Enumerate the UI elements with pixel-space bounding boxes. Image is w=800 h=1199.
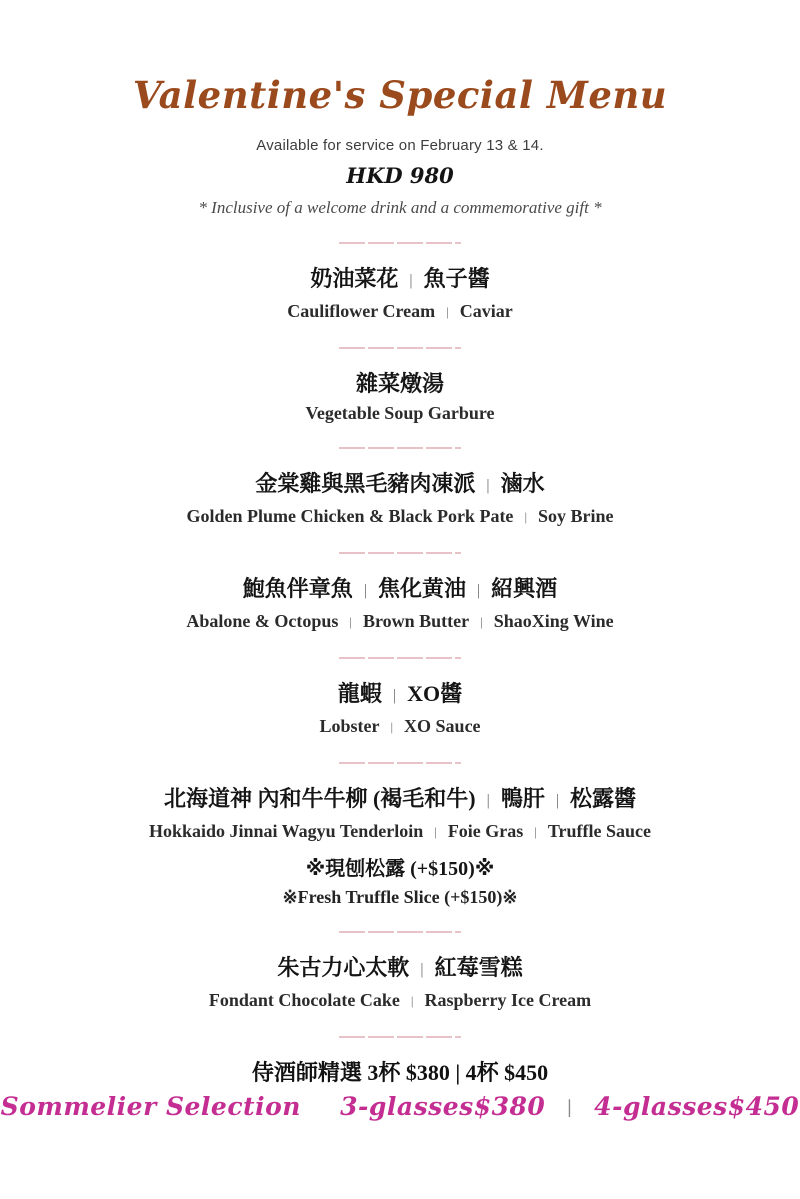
course-list: 奶油菜花|魚子醬Cauliflower Cream|Caviar雜菜燉湯Vege… bbox=[0, 242, 800, 1014]
dish-name-en: Vegetable Soup Garbure bbox=[0, 401, 800, 425]
menu-title: Valentine's Special Menu bbox=[0, 0, 800, 118]
separator: | bbox=[364, 582, 367, 599]
dish-part: Vegetable Soup Garbure bbox=[305, 403, 494, 423]
dish-part: Raspberry Ice Cream bbox=[424, 990, 591, 1010]
dish-name-zh: 朱古力心太軟|紅莓雪糕 bbox=[0, 953, 800, 986]
sommelier-section: 侍酒師精選 3杯 $380 | 4杯 $450 Sommelier Select… bbox=[0, 1036, 800, 1127]
dish-part: 魚子醬 bbox=[424, 266, 490, 291]
menu-page: Valentine's Special Menu Available for s… bbox=[0, 0, 800, 1199]
inclusive-note: * Inclusive of a welcome drink and a com… bbox=[0, 196, 800, 220]
sommelier-script-line: Sommelier Selection 3-glasses$380 | 4-gl… bbox=[0, 1090, 800, 1127]
dish-part: 奶油菜花 bbox=[310, 266, 398, 291]
script-separator: | bbox=[567, 1098, 573, 1118]
dish-name-en: Golden Plume Chicken & Black Pork Pate|S… bbox=[0, 504, 800, 530]
course-section: 奶油菜花|魚子醬Cauliflower Cream|Caviar bbox=[0, 242, 800, 325]
dish-name-en: Cauliflower Cream|Caviar bbox=[0, 299, 800, 325]
supplement-en: ※Fresh Truffle Slice (+$150)※ bbox=[0, 885, 800, 909]
availability-text: Available for service on February 13 & 1… bbox=[0, 136, 800, 156]
dish-part: 紹興酒 bbox=[491, 576, 557, 601]
separator: | bbox=[434, 824, 437, 839]
section-divider bbox=[339, 657, 461, 659]
course-section: 北海道神 內和牛牛柳 (褐毛和牛)|鴨肝|松露醬Hokkaido Jinnai … bbox=[0, 762, 800, 909]
dish-part: 龍蝦 bbox=[338, 681, 382, 706]
supplement-zh: ※現刨松露 (+$150)※ bbox=[0, 855, 800, 883]
sommelier-option-4: 4-glasses$450 bbox=[594, 1092, 799, 1121]
dish-name-zh: 北海道神 內和牛牛柳 (褐毛和牛)|鴨肝|松露醬 bbox=[0, 784, 800, 817]
course-section: 龍蝦|XO醬Lobster|XO Sauce bbox=[0, 657, 800, 740]
dish-part: Fondant Chocolate Cake bbox=[209, 990, 400, 1010]
dish-part: 滷水 bbox=[501, 471, 545, 496]
sommelier-option-3: 3-glasses$380 bbox=[340, 1092, 545, 1121]
section-divider bbox=[339, 931, 461, 933]
dish-part: 焦化黄油 bbox=[378, 576, 466, 601]
separator: | bbox=[534, 824, 537, 839]
separator: | bbox=[446, 304, 449, 319]
separator: | bbox=[486, 477, 489, 494]
section-divider bbox=[339, 447, 461, 449]
dish-name-en: Hokkaido Jinnai Wagyu Tenderloin|Foie Gr… bbox=[0, 819, 800, 845]
section-divider bbox=[339, 1036, 461, 1038]
dish-name-zh: 龍蝦|XO醬 bbox=[0, 679, 800, 712]
dish-name-en: Lobster|XO Sauce bbox=[0, 714, 800, 740]
dish-part: Foie Gras bbox=[448, 821, 523, 841]
dish-part: Abalone & Octopus bbox=[186, 611, 338, 631]
dish-name-zh: 鮑魚伴章魚|焦化黄油|紹興酒 bbox=[0, 574, 800, 607]
dish-part: Soy Brine bbox=[538, 506, 614, 526]
dish-name-zh: 金棠雞與黑毛豬肉凍派|滷水 bbox=[0, 469, 800, 502]
dish-name-zh: 奶油菜花|魚子醬 bbox=[0, 264, 800, 297]
section-divider bbox=[339, 242, 461, 244]
dish-part: 紅莓雪糕 bbox=[435, 955, 523, 980]
dish-part: 鴨肝 bbox=[501, 786, 545, 811]
dish-name-en: Fondant Chocolate Cake|Raspberry Ice Cre… bbox=[0, 988, 800, 1014]
dish-part: Cauliflower Cream bbox=[287, 301, 435, 321]
course-section: 朱古力心太軟|紅莓雪糕Fondant Chocolate Cake|Raspbe… bbox=[0, 931, 800, 1014]
course-section: 雜菜燉湯Vegetable Soup Garbure bbox=[0, 347, 800, 425]
separator: | bbox=[524, 509, 527, 524]
dish-part: XO醬 bbox=[407, 681, 462, 706]
sommelier-script-label: Sommelier Selection bbox=[1, 1092, 301, 1121]
separator: | bbox=[420, 961, 423, 978]
course-section: 鮑魚伴章魚|焦化黄油|紹興酒Abalone & Octopus|Brown Bu… bbox=[0, 552, 800, 635]
dish-part: Golden Plume Chicken & Black Pork Pate bbox=[186, 506, 513, 526]
section-divider bbox=[339, 552, 461, 554]
separator: | bbox=[409, 272, 412, 289]
separator: | bbox=[349, 614, 352, 629]
dish-part: Lobster bbox=[319, 716, 379, 736]
separator: | bbox=[480, 614, 483, 629]
section-divider bbox=[339, 347, 461, 349]
dish-part: 北海道神 內和牛牛柳 (褐毛和牛) bbox=[164, 786, 476, 811]
dish-part: 金棠雞與黑毛豬肉凍派 bbox=[255, 471, 475, 496]
dish-part: Hokkaido Jinnai Wagyu Tenderloin bbox=[149, 821, 423, 841]
separator: | bbox=[390, 719, 393, 734]
separator: | bbox=[487, 792, 490, 809]
section-divider bbox=[339, 762, 461, 764]
dish-part: Brown Butter bbox=[363, 611, 469, 631]
dish-part: XO Sauce bbox=[404, 716, 481, 736]
dish-part: 雜菜燉湯 bbox=[356, 371, 444, 396]
dish-part: 朱古力心太軟 bbox=[277, 955, 409, 980]
dish-name-zh: 雜菜燉湯 bbox=[0, 369, 800, 399]
price-text: HKD 980 bbox=[0, 162, 800, 190]
separator: | bbox=[393, 687, 396, 704]
dish-part: 鮑魚伴章魚 bbox=[243, 576, 353, 601]
separator: | bbox=[411, 993, 414, 1008]
separator: | bbox=[477, 582, 480, 599]
dish-part: 松露醬 bbox=[570, 786, 636, 811]
sommelier-title-zh: 侍酒師精選 3杯 $380 | 4杯 $450 bbox=[0, 1058, 800, 1088]
dish-name-en: Abalone & Octopus|Brown Butter|ShaoXing … bbox=[0, 609, 800, 635]
course-section: 金棠雞與黑毛豬肉凍派|滷水Golden Plume Chicken & Blac… bbox=[0, 447, 800, 530]
dish-part: Caviar bbox=[460, 301, 513, 321]
separator: | bbox=[556, 792, 559, 809]
dish-part: ShaoXing Wine bbox=[494, 611, 614, 631]
dish-part: Truffle Sauce bbox=[548, 821, 651, 841]
